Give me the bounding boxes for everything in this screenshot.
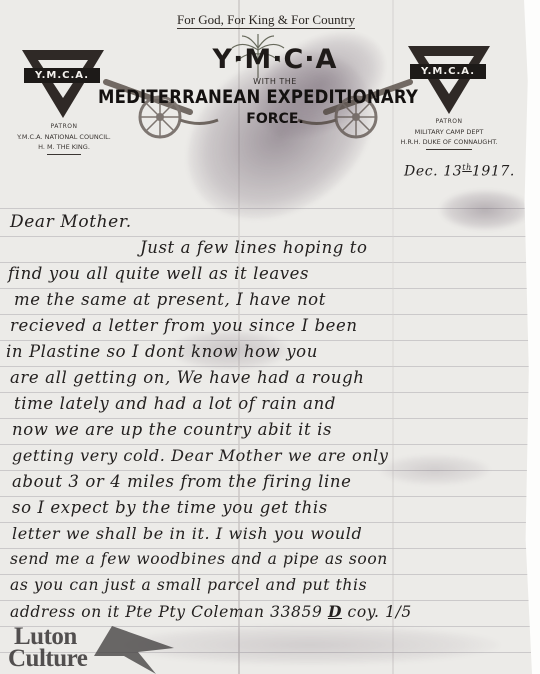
letterhead-title: Y·M·C·A [150, 44, 400, 75]
letter-line: so I expect by the time you get this [12, 498, 328, 517]
letter-line: time lately and had a lot of rain and [14, 394, 336, 413]
ruled-line [0, 314, 532, 315]
letter-line: are all getting on, We have had a rough [10, 368, 365, 387]
ruled-line [0, 600, 532, 601]
ruled-line [0, 366, 532, 367]
ruled-line [0, 288, 532, 289]
ink-smudge [380, 455, 490, 485]
letter-date: Dec. 13th1917. [404, 163, 515, 180]
letter-paper: For God, For King & For Country [0, 0, 532, 674]
watermark-star-icon [94, 626, 174, 674]
letter-line: getting very cold. Dear Mother we are on… [12, 446, 389, 465]
luton-culture-watermark: Luton Culture [8, 626, 178, 674]
ruled-line [0, 418, 532, 419]
letter-line: as you can just a small parcel and put t… [10, 576, 367, 594]
ruled-line [0, 548, 532, 549]
ymca-triangle-logo-left: Y.M.C.A. [22, 48, 104, 118]
ruled-line [0, 392, 532, 393]
underline [426, 149, 472, 150]
ruled-line [0, 522, 532, 523]
letter-line: recieved a letter from you since I been [10, 316, 358, 335]
ymca-badge: Y.M.C.A. [410, 64, 486, 79]
ruled-line [0, 574, 532, 575]
letter-line: me the same at present, I have not [14, 290, 326, 309]
watermark-line2: Culture [8, 648, 87, 670]
ruled-line [0, 496, 532, 497]
letter-line: Just a few lines hoping to [140, 238, 368, 257]
ruled-line [0, 262, 532, 263]
underline [47, 154, 81, 155]
letter-line: send me a few woodbines and a pipe as so… [10, 550, 388, 568]
salutation: Dear Mother. [10, 212, 132, 232]
letter-line: in Plastine so I dont know how you [6, 342, 318, 361]
triangle-icon [22, 48, 104, 118]
letterhead-org-line1: MEDITERRANEAN EXPEDITIONARY [88, 86, 428, 108]
letter-line: about 3 or 4 miles from the firing line [12, 472, 351, 491]
letterhead-org-line2: FORCE. [200, 111, 350, 127]
ink-smudge [440, 190, 530, 230]
ruled-line [0, 236, 532, 237]
letter-line: find you all quite well as it leaves [8, 264, 309, 283]
letter-line: letter we shall be in it. I wish you wou… [12, 524, 362, 543]
letterhead-motto: For God, For King & For Country [0, 12, 532, 28]
patron-left: PATRON Y.M.C.A. NATIONAL COUNCIL. H. M. … [10, 122, 118, 155]
ruled-line [0, 444, 532, 445]
patron-right: PATRON MILITARY CAMP DEPT H.R.H. DUKE OF… [392, 117, 506, 150]
ymca-badge: Y.M.C.A. [24, 68, 100, 83]
letter-line: now we are up the country abit it is [12, 420, 332, 439]
